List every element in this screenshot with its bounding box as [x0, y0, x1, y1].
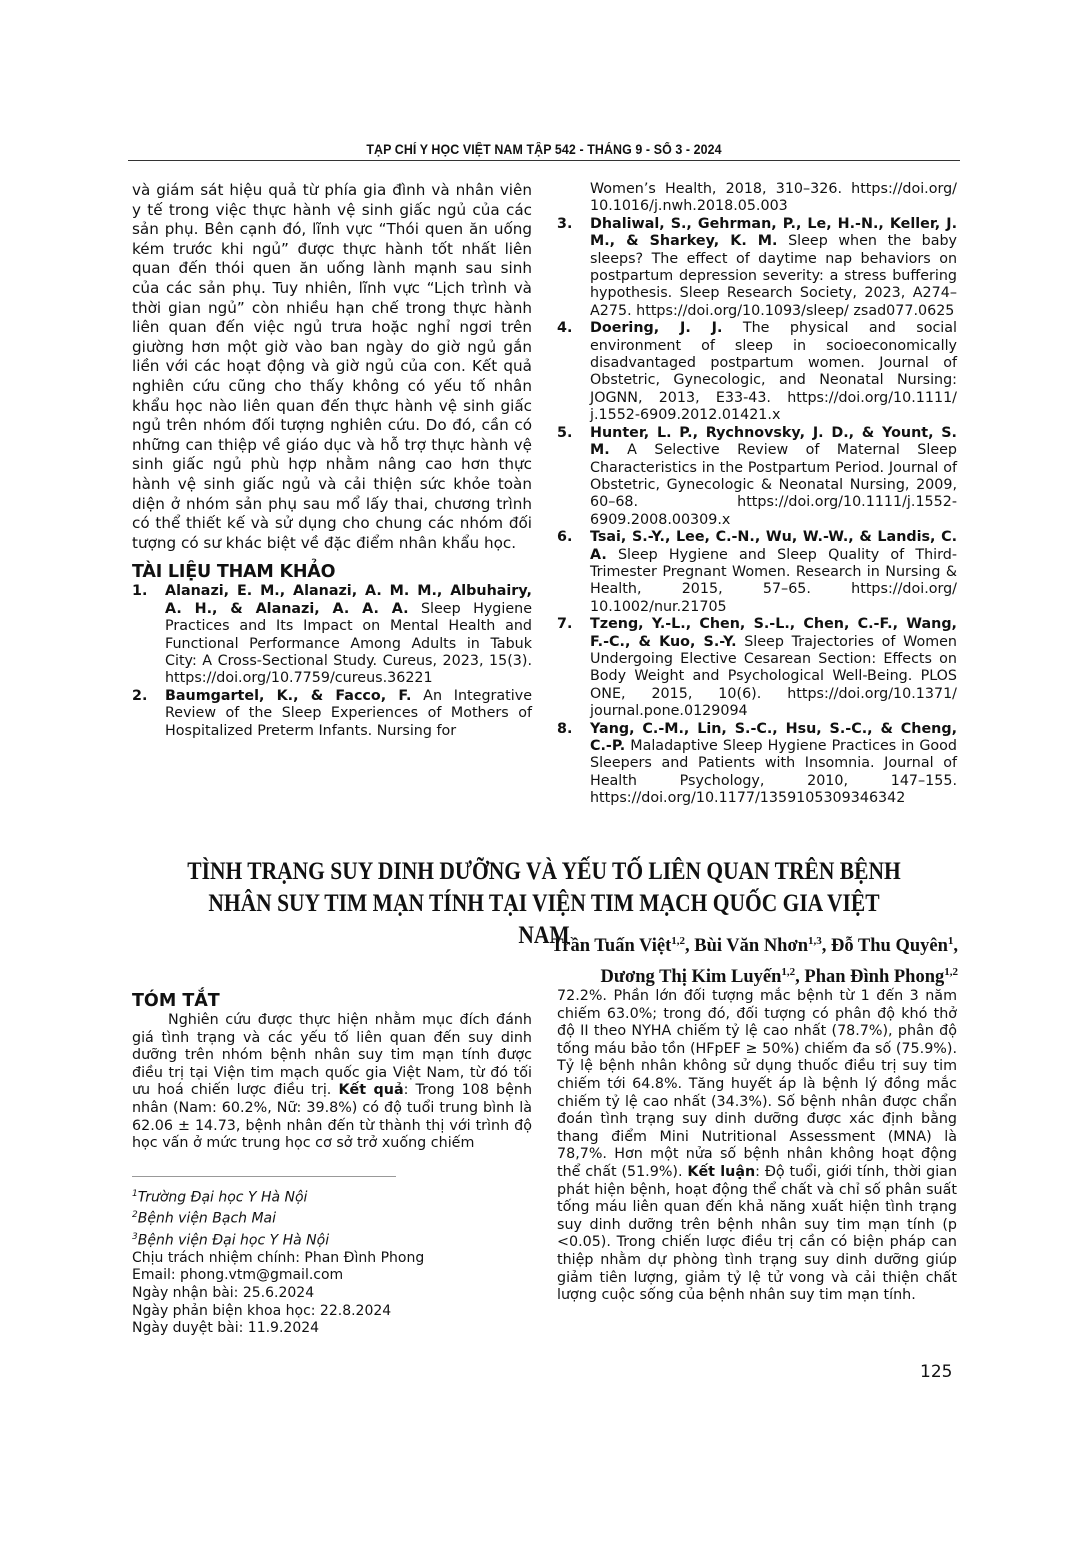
- author-name: Phan Đình Phong: [804, 967, 944, 987]
- reference-item: 2. Baumgartel, K., & Facco, F. An Integr…: [132, 688, 532, 740]
- article-title-line-1: TÌNH TRẠNG SUY DINH DƯỠNG VÀ YẾU TỐ LIÊN…: [186, 856, 902, 888]
- affiliation-name: Bệnh viện Đại học Y Hà Nội: [138, 1232, 329, 1248]
- author-affiliation-sup: 1,3: [808, 935, 822, 947]
- author-name: Trần Tuấn Việt: [551, 936, 671, 956]
- article-authors: Trần Tuấn Việt1,2, Bùi Văn Nhơn1,3, Đỗ T…: [551, 928, 958, 990]
- affiliation-name: Trường Đại học Y Hà Nội: [138, 1190, 308, 1206]
- author-affiliation-sup: 1,2: [781, 966, 795, 978]
- reference-item: 6. Tsai, S.-Y., Lee, C.-N., Wu, W.-W., &…: [557, 529, 957, 616]
- reference-list-left: 1. Alanazi, E. M., Alanazi, A. M. M., Al…: [132, 583, 532, 740]
- date-accepted: Ngày duyệt bài: 11.9.2024: [132, 1320, 532, 1338]
- reference-text: A Selective Review of Maternal Sleep Cha…: [590, 442, 957, 528]
- reference-text: Maladaptive Sleep Hygiene Practices in G…: [590, 738, 957, 806]
- reference-authors: Doering, J. J.: [590, 320, 722, 336]
- separator: ,: [953, 936, 958, 956]
- author-name: Đỗ Thu Quyên: [831, 936, 948, 956]
- corresponding-email: Email: phong.vtm@gmail.com: [132, 1267, 532, 1285]
- affiliation-3: 3Bệnh viện Đại học Y Hà Nội: [132, 1229, 532, 1250]
- reference-item: 7. Tzeng, Y.-L., Chen, S.-L., Chen, C.-F…: [557, 616, 957, 720]
- author-affiliation-sup: 1,2: [671, 935, 685, 947]
- authors-line-2: Dương Thị Kim Luyến1,2, Phan Đình Phong1…: [551, 959, 958, 990]
- reference-item: 8. Yang, C.-M., Lin, S.-C., Hsu, S.-C., …: [557, 721, 957, 808]
- reference-item: 3. Dhaliwal, S., Gehrman, P., Le, H.-N.,…: [557, 216, 957, 320]
- abstract-heading: TÓM TẮT: [132, 990, 532, 1012]
- reference-number: 2.: [132, 688, 147, 705]
- date-received: Ngày nhận bài: 25.6.2024: [132, 1285, 532, 1303]
- affiliation-1: 1Trường Đại học Y Hà Nội: [132, 1186, 532, 1207]
- author-affiliation-sup: 1,2: [944, 966, 958, 978]
- left-column: và giám sát hiệu quả từ phía gia đình và…: [132, 181, 532, 740]
- author-name: Bùi Văn Nhơn: [694, 936, 808, 956]
- footnote-divider: [132, 1176, 396, 1177]
- corresponding-author: Chịu trách nhiệm chính: Phan Đình Phong: [132, 1250, 532, 1268]
- reference-number: 5.: [557, 425, 572, 442]
- abstract-results-continued: 72.2%. Phần lớn đối tượng mắc bệnh từ 1 …: [557, 988, 957, 1180]
- reference-item: 1. Alanazi, E. M., Alanazi, A. M. M., Al…: [132, 583, 532, 687]
- right-column: Women’s Health, 2018, 310–326. https://d…: [557, 181, 957, 808]
- date-reviewed: Ngày phản biện khoa học: 22.8.2024: [132, 1303, 532, 1321]
- header-divider: [128, 160, 960, 161]
- journal-running-header: TẠP CHÍ Y HỌC VIỆT NAM TẬP 542 - THÁNG 9…: [161, 142, 926, 157]
- reference-number: 8.: [557, 721, 572, 738]
- reference-list-right: Women’s Health, 2018, 310–326. https://d…: [557, 181, 957, 808]
- abstract-paragraph: Nghiên cứu được thực hiện nhằm mục đích …: [132, 1012, 532, 1153]
- reference-authors: Baumgartel, K., & Facco, F.: [165, 688, 411, 704]
- reference-number: 7.: [557, 616, 572, 633]
- affiliation-2: 2Bệnh viện Bạch Mai: [132, 1207, 532, 1228]
- authors-line-1: Trần Tuấn Việt1,2, Bùi Văn Nhơn1,3, Đỗ T…: [551, 928, 958, 959]
- conclusion-label: Kết luận: [687, 1164, 755, 1180]
- references-heading: TÀI LIỆU THAM KHẢO: [132, 561, 532, 583]
- author-name: Dương Thị Kim Luyến: [601, 967, 782, 987]
- previous-article-conclusion: và giám sát hiệu quả từ phía gia đình và…: [132, 181, 532, 553]
- page-number: 125: [920, 1362, 952, 1382]
- reference-item: 4. Doering, J. J. The physical and socia…: [557, 320, 957, 424]
- reference-number: 3.: [557, 216, 572, 233]
- separator: ,: [685, 936, 694, 956]
- reference-number: 1.: [132, 583, 147, 600]
- separator: ,: [822, 936, 831, 956]
- abstract-right: 72.2%. Phần lớn đối tượng mắc bệnh từ 1 …: [557, 988, 957, 1305]
- results-label: Kết quả: [338, 1082, 403, 1098]
- reference-text: Women’s Health, 2018, 310–326. https://d…: [590, 181, 957, 216]
- reference-item: 5. Hunter, L. P., Rychnovsky, J. D., & Y…: [557, 425, 957, 529]
- reference-text: Sleep Hygiene and Sleep Quality of Third…: [590, 547, 957, 615]
- reference-continuation: Women’s Health, 2018, 310–326. https://d…: [557, 181, 957, 216]
- affiliation-name: Bệnh viện Bạch Mai: [138, 1211, 276, 1227]
- abstract-left: TÓM TẮT Nghiên cứu được thực hiện nhằm m…: [132, 990, 532, 1153]
- reference-number: 4.: [557, 320, 572, 337]
- reference-number: 6.: [557, 529, 572, 546]
- abstract-conclusion: : Độ tuổi, giới tính, thời gian phát hiệ…: [557, 1164, 957, 1303]
- footnotes: 1Trường Đại học Y Hà Nội 2Bệnh viện Bạch…: [132, 1186, 532, 1338]
